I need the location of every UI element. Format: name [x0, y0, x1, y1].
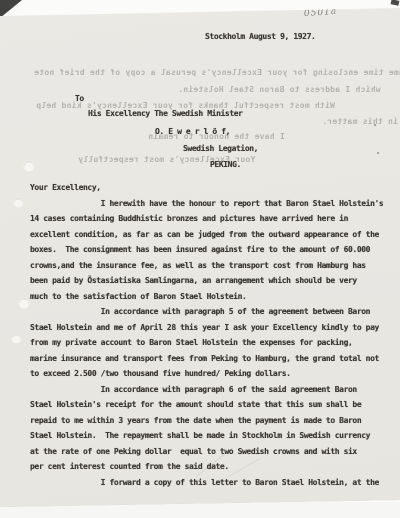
- letter-line: 14 cases containing Buddhistic bronzes a…: [30, 211, 392, 227]
- letter-line: to exceed 2.500 /two thousand five hundr…: [30, 366, 392, 382]
- backdrop-corner-speck: [391, 0, 400, 6]
- bleed-through-line: in this matter.: [322, 117, 398, 126]
- letter-line: much to the satisfaction of Baron Stael …: [30, 289, 392, 305]
- punch-hole: [12, 334, 21, 343]
- letter-line: at the rate of one Peking dollar equal t…: [30, 444, 392, 460]
- letter-line: Stael Holstein and me of April 28 this y…: [30, 320, 392, 336]
- paper-sheet: 0501a 0501a Stockholm August 9, 1927. sa…: [0, 0, 400, 518]
- letter-line: been paid by Östasiatiska Samlingarna, a…: [30, 273, 392, 289]
- dateline: Stockholm August 9, 1927.: [205, 32, 315, 41]
- letter-body: Your Excellency, I herewith have the hon…: [30, 180, 392, 490]
- pencil-catalog-number: 0501a: [304, 7, 338, 19]
- letter-line: Stael Holstein's receipt for the amount …: [30, 397, 392, 413]
- address-to-label: To: [75, 94, 84, 103]
- letter-line: excellent condition, as far as can be ju…: [30, 227, 392, 243]
- ink-speck: [374, 124, 376, 126]
- ink-speck: [377, 152, 379, 154]
- address-recipient: His Excellency The Swedish Minister: [88, 109, 243, 118]
- letter-line: repaid to me within 3 years from the dat…: [30, 413, 392, 429]
- letter-line: marine insurance and transport fees from…: [30, 351, 392, 367]
- pencil-bleed-mark: 0501a: [72, 3, 106, 16]
- letter-line: crowns,and the insurance fee, as well as…: [30, 258, 392, 274]
- letter-line: In accordance with paragraph 5 of the ag…: [30, 304, 392, 320]
- address-name: O. E w e r l ö f,: [155, 127, 230, 136]
- punch-hole: [14, 198, 23, 207]
- bleed-through-line: which I address to Baron Stael Holstein.: [178, 85, 381, 94]
- letter-line: Your Excellency,: [30, 180, 392, 196]
- punch-hole: [24, 161, 34, 171]
- letter-line: Stael Holstein. The repayment shall be m…: [30, 428, 392, 444]
- letter-line: per cent interest counted from the said …: [30, 459, 392, 475]
- bleed-through-line: same time enclosing for your Excellency'…: [34, 68, 400, 77]
- address-institution: Swedish Legation,: [183, 144, 258, 153]
- letter-line: from my private account to Baron Stael H…: [30, 335, 392, 351]
- letter-line: In accordance with paragraph 6 of the sa…: [30, 382, 392, 398]
- letter-line: boxes. The consignment has been insured …: [30, 242, 392, 258]
- scanned-letter-page: 0501a 0501a Stockholm August 9, 1927. sa…: [0, 0, 400, 518]
- punch-hole: [19, 298, 29, 308]
- letter-line: I forward a copy of this letter to Baron…: [30, 475, 392, 491]
- backdrop-corner-wedge: [0, 0, 22, 18]
- address-city: PEKING.: [210, 160, 241, 169]
- letter-line: I herewith have the honour to report tha…: [30, 196, 392, 212]
